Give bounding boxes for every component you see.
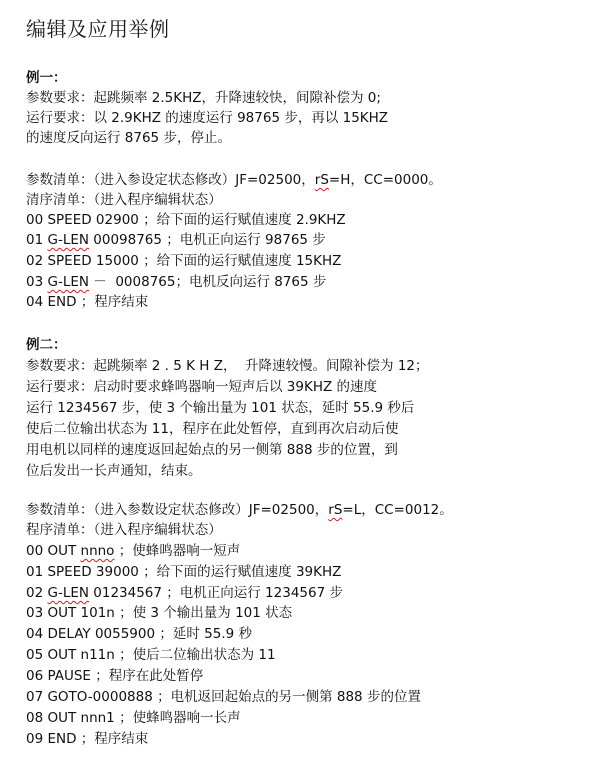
program-line: 02 SPEED 15000 ；给下面的运行赋值速度 15KHZ bbox=[26, 251, 341, 271]
program-line-text: 00 SPEED 02900 ；给下面的运行赋值速度 2.9KHZ bbox=[26, 212, 346, 228]
program-line-text: 01 bbox=[26, 232, 47, 248]
program-line-text: 01234567 ；电机正向运行 1234567 步 bbox=[89, 585, 343, 601]
spellcheck-word: G-LEN bbox=[47, 274, 88, 290]
param-list-prefix: 参数清单：（进入参数设定状态修改）JF=02500， bbox=[26, 502, 328, 518]
program-line: 07 GOTO-0000888 ；电机返回起始点的另一侧第 888 步的位置 bbox=[26, 687, 421, 707]
spellcheck-word: rS bbox=[328, 502, 342, 518]
spellcheck-word: G-LEN bbox=[47, 585, 88, 601]
program-line-text: 02 SPEED 15000 ；给下面的运行赋值速度 15KHZ bbox=[26, 253, 341, 269]
program-line-text: － 0008765；电机反向运行 8765 步 bbox=[89, 274, 326, 290]
program-line-text: 02 bbox=[26, 585, 47, 601]
param-list-prefix: 参数清单：（进入参设定状态修改）JF=02500， bbox=[26, 172, 315, 188]
example2-run-requirement-3: 使后二位输出状态为 11，程序在此处暂停，直到再次启动后使 bbox=[26, 419, 398, 439]
program-line: 06 PAUSE ；程序在此处暂停 bbox=[26, 666, 203, 686]
program-line-text: 00098765 ；电机正向运行 98765 步 bbox=[89, 232, 326, 248]
program-line: 04 END ；程序结束 bbox=[26, 292, 148, 312]
program-line-text: 06 PAUSE ；程序在此处暂停 bbox=[26, 668, 203, 684]
spellcheck-word: G-LEN bbox=[47, 232, 88, 248]
program-line: 00 SPEED 02900 ；给下面的运行赋值速度 2.9KHZ bbox=[26, 210, 346, 230]
example2-run-requirement-4: 用电机以同样的速度返回起始点的另一侧第 888 步的位置，到 bbox=[26, 440, 398, 460]
program-line-text: 07 GOTO-0000888 ；电机返回起始点的另一侧第 888 步的位置 bbox=[26, 689, 421, 705]
program-line: 02 G-LEN 01234567 ；电机正向运行 1234567 步 bbox=[26, 583, 343, 603]
param-list-suffix: =L，CC=0012。 bbox=[342, 502, 452, 518]
program-line-text: ；使蜂鸣器响一短声 bbox=[114, 543, 240, 559]
program-line-text: 04 END ；程序结束 bbox=[26, 294, 148, 310]
program-line: 01 G-LEN 00098765 ；电机正向运行 98765 步 bbox=[26, 230, 326, 250]
program-line-text: 04 DELAY 0055900 ；延时 55.9 秒 bbox=[26, 626, 252, 642]
program-line: 01 SPEED 39000 ；给下面的运行赋值速度 39KHZ bbox=[26, 562, 341, 582]
program-line-text: 01 SPEED 39000 ；给下面的运行赋值速度 39KHZ bbox=[26, 564, 341, 580]
example2-run-requirement-2: 运行 1234567 步，使 3 个输出量为 101 状态，延时 55.9 秒后 bbox=[26, 398, 414, 418]
document-title: 编辑及应用举例 bbox=[26, 16, 170, 42]
program-line: 00 OUT nnno ；使蜂鸣器响一短声 bbox=[26, 541, 240, 561]
spellcheck-word: nnno bbox=[81, 543, 115, 559]
example1-run-requirement-2: 的速度反向运行 8765 步，停止。 bbox=[26, 128, 231, 148]
example2-heading: 例二： bbox=[26, 335, 67, 355]
example1-run-requirement-1: 运行要求：以 2.9KHZ 的速度运行 98765 步，再以 15KHZ bbox=[26, 108, 388, 128]
program-line-text: 03 bbox=[26, 274, 47, 290]
param-list-suffix: =H，CC=0000。 bbox=[329, 172, 442, 188]
program-line-text: 00 OUT bbox=[26, 543, 81, 559]
program-line-text: 09 END ；程序结束 bbox=[26, 731, 148, 747]
example2-program-list-heading: 程序清单：（进入程序编辑状态） bbox=[26, 520, 222, 540]
program-line: 05 OUT n11n ；使后二位输出状态为 11 bbox=[26, 645, 276, 665]
program-line: 04 DELAY 0055900 ；延时 55.9 秒 bbox=[26, 624, 252, 644]
example2-param-list: 参数清单：（进入参数设定状态修改）JF=02500，rS=L，CC=0012。 bbox=[26, 500, 453, 520]
example1-heading: 例一： bbox=[26, 68, 67, 88]
example2-param-requirement: 参数要求：起跳频率 2 . 5 K H Z， 升降速较慢。间隙补偿为 12； bbox=[26, 356, 429, 376]
example1-param-requirement: 参数要求：起跳频率 2.5KHZ，升降速较快，间隙补偿为 0; bbox=[26, 88, 381, 108]
program-line-text: 08 OUT nnn1 ；使蜂鸣器响一长声 bbox=[26, 710, 241, 726]
program-line: 08 OUT nnn1 ；使蜂鸣器响一长声 bbox=[26, 708, 241, 728]
program-line: 03 OUT 101n ；使 3 个输出量为 101 状态 bbox=[26, 603, 292, 623]
program-line-text: 05 OUT n11n ；使后二位输出状态为 11 bbox=[26, 647, 276, 663]
example1-program-list-heading: 清序清单：（进入程序编辑状态） bbox=[26, 190, 222, 210]
example2-run-requirement-5: 位后发出一长声通知，结束。 bbox=[26, 461, 202, 481]
example2-run-requirement-1: 运行要求：启动时要求蜂鸣器响一短声后以 39KHZ 的速度 bbox=[26, 377, 377, 397]
program-line: 09 END ；程序结束 bbox=[26, 729, 148, 749]
program-line: 03 G-LEN － 0008765；电机反向运行 8765 步 bbox=[26, 272, 326, 292]
program-line-text: 03 OUT 101n ；使 3 个输出量为 101 状态 bbox=[26, 605, 292, 621]
spellcheck-word: rS bbox=[315, 172, 329, 188]
example1-param-list: 参数清单：（进入参设定状态修改）JF=02500，rS=H，CC=0000。 bbox=[26, 170, 442, 190]
